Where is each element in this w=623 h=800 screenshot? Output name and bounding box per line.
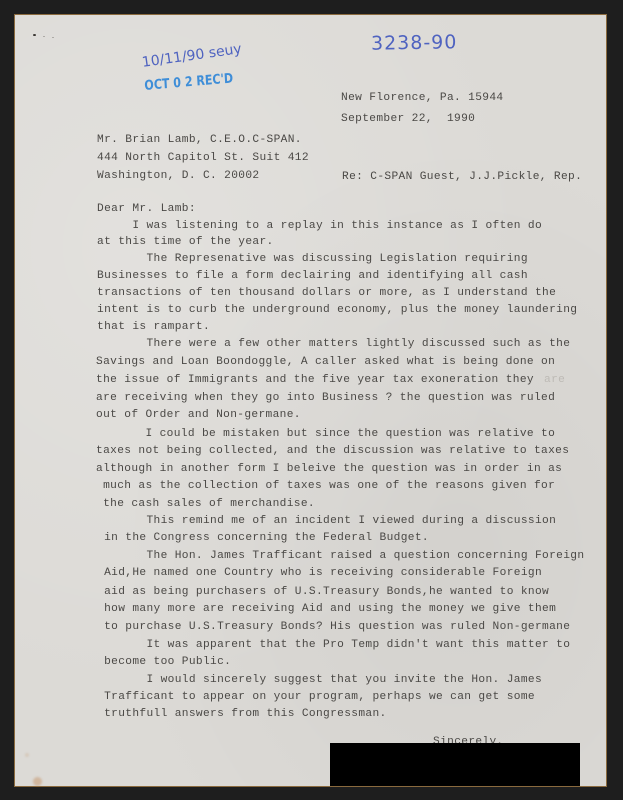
salutation: Dear Mr. Lamb: (97, 201, 196, 217)
body-line: are receiving when they go into Business… (96, 390, 555, 406)
recipient-street-line: 444 North Capitol St. Suit 412 (97, 150, 309, 166)
body-line: The Represenative was discussing Legisla… (97, 251, 528, 267)
scanner-frame: 3238-90 10/11/90 seuy OCT 0 2 REC'D New … (0, 0, 623, 800)
body-line: the cash sales of merchandise. (96, 496, 315, 512)
ghost-text: are (544, 372, 565, 388)
body-line: truthfull answers from this Congressman. (97, 706, 387, 722)
body-line: Savings and Loan Boondoggle, A caller as… (96, 354, 555, 370)
body-line: Trafficant to appear on your program, pe… (97, 689, 535, 705)
body-line: become too Public. (97, 654, 231, 670)
file-number-annotation: 3238-90 (371, 31, 458, 55)
body-line: Aid,He named one Country who is receivin… (97, 565, 542, 581)
paper-speck (52, 37, 54, 38)
body-line: how many more are receiving Aid and usin… (97, 601, 556, 617)
paper-stain (33, 777, 42, 786)
received-stamp: OCT 0 2 REC'D (144, 70, 234, 94)
body-line: This remind me of an incident I viewed d… (97, 513, 556, 529)
body-line: the issue of Immigrants and the five yea… (96, 372, 534, 388)
body-line: to purchase U.S.Treasury Bonds? His ques… (97, 619, 570, 635)
subject-line: Re: C-SPAN Guest, J.J.Pickle, Rep. (342, 169, 582, 185)
sender-date-line: September 22, 1990 (341, 111, 475, 127)
body-line: I would sincerely suggest that you invit… (97, 672, 542, 688)
letter-page: 3238-90 10/11/90 seuy OCT 0 2 REC'D New … (15, 15, 606, 786)
body-line: although in another form I beleive the q… (96, 461, 562, 477)
body-line: There were a few other matters lightly d… (97, 336, 570, 352)
body-line: I was listening to a replay in this inst… (97, 218, 542, 234)
paper-speck (33, 34, 36, 36)
body-line: The Hon. James Trafficant raised a quest… (97, 548, 584, 564)
paper-speck (43, 36, 45, 37)
sender-city-line: New Florence, Pa. 15944 (341, 90, 503, 106)
body-line: Businesses to file a form declairing and… (97, 268, 528, 284)
body-line: intent is to curb the underground econom… (97, 302, 577, 318)
body-line: It was apparent that the Pro Temp didn't… (97, 637, 570, 653)
body-line: taxes not being collected, and the discu… (96, 443, 569, 459)
body-line: I could be mistaken but since the questi… (96, 426, 555, 442)
body-line: transactions of ten thousand dollars or … (97, 285, 556, 301)
paper-stain (25, 753, 29, 757)
recipient-city-line: Washington, D. C. 20002 (97, 168, 259, 184)
handwritten-date-annotation: 10/11/90 seuy (141, 41, 243, 71)
recipient-name-line: Mr. Brian Lamb, C.E.O.C-SPAN. (97, 132, 302, 148)
body-line: in the Congress concerning the Federal B… (97, 530, 429, 546)
body-line: aid as being purchasers of U.S.Treasury … (97, 584, 549, 600)
body-line: that is rampart. (97, 319, 210, 335)
body-line: out of Order and Non-germane. (96, 407, 301, 423)
body-line: much as the collection of taxes was one … (96, 478, 555, 494)
signature-redaction (330, 743, 580, 786)
body-line: at this time of the year. (97, 234, 274, 250)
